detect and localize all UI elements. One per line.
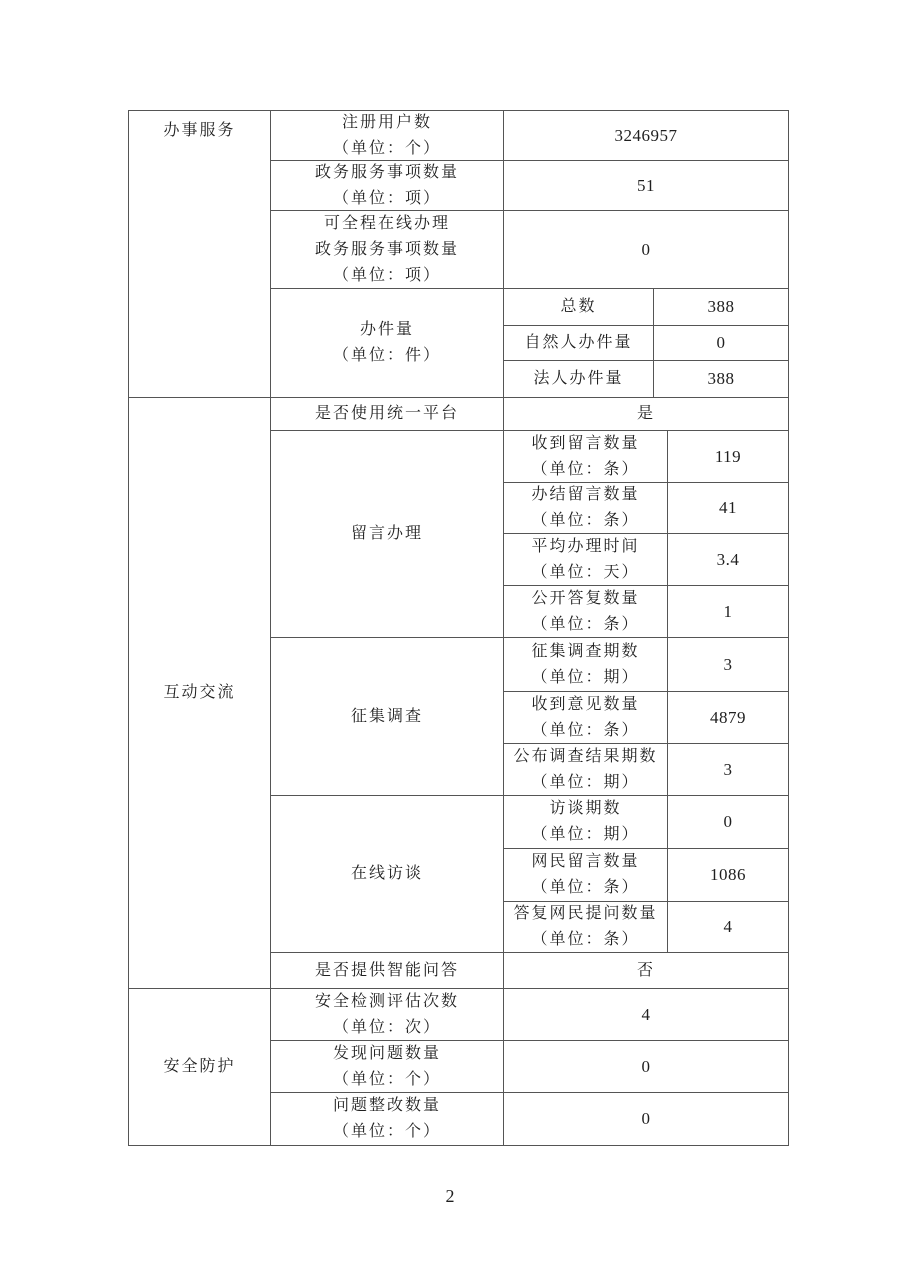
subrow-value-messages-received: 119 — [668, 431, 789, 483]
page-number: 2 — [0, 1186, 900, 1207]
row-value-online-full-items: 0 — [504, 211, 789, 289]
subrow-label-messages-resolved: 办结留言数量 （单位：条） — [504, 483, 668, 534]
report-table: 办事服务 互动交流 安全防护 注册用户数 （单位：个） 政务服务事项数量 （单位… — [128, 110, 789, 1146]
subrow-label-avg-handling-time: 平均办理时间 （单位：天） — [504, 534, 668, 586]
subrow-label-opinions-received: 收到意见数量 （单位：条） — [504, 692, 668, 744]
subrow-value-cases-legal-person: 388 — [654, 361, 789, 398]
row-value-smart-qa: 否 — [504, 953, 789, 989]
subrow-value-cases-natural-person: 0 — [654, 326, 789, 361]
subrow-value-cases-total: 388 — [654, 289, 789, 326]
subrow-label-public-replies: 公开答复数量 （单位：条） — [504, 586, 668, 638]
subrow-value-netizen-messages: 1086 — [668, 849, 789, 902]
row-label-surveys: 征集调查 — [271, 638, 504, 796]
subrow-label-cases-total: 总数 — [504, 289, 654, 326]
row-label-unified-platform: 是否使用统一平台 — [271, 398, 504, 431]
subrow-label-cases-legal-person: 法人办件量 — [504, 361, 654, 398]
row-value-problems-found: 0 — [504, 1041, 789, 1093]
subrow-value-survey-periods: 3 — [668, 638, 789, 692]
row-label-online-interviews: 在线访谈 — [271, 796, 504, 953]
subrow-label-messages-received: 收到留言数量 （单位：条） — [504, 431, 668, 483]
row-value-problems-fixed: 0 — [504, 1093, 789, 1146]
row-label-security-checks: 安全检测评估次数 （单位：次） — [271, 989, 504, 1041]
row-value-security-checks: 4 — [504, 989, 789, 1041]
subrow-value-netizen-questions-answered: 4 — [668, 902, 789, 953]
subrow-label-results-published: 公布调查结果期数 （单位：期） — [504, 744, 668, 796]
subrow-label-netizen-questions-answered: 答复网民提问数量 （单位：条） — [504, 902, 668, 953]
subrow-label-survey-periods: 征集调查期数 （单位：期） — [504, 638, 668, 692]
row-label-cases: 办件量 （单位：件） — [271, 289, 504, 398]
subrow-value-interview-periods: 0 — [668, 796, 789, 849]
row-label-service-items: 政务服务事项数量 （单位：项） — [271, 161, 504, 211]
section-label-security: 安全防护 — [129, 989, 271, 1146]
subrow-value-public-replies: 1 — [668, 586, 789, 638]
subrow-label-interview-periods: 访谈期数 （单位：期） — [504, 796, 668, 849]
subrow-value-avg-handling-time: 3.4 — [668, 534, 789, 586]
row-value-registered-users: 3246957 — [504, 111, 789, 161]
subrow-label-netizen-messages: 网民留言数量 （单位：条） — [504, 849, 668, 902]
row-value-service-items: 51 — [504, 161, 789, 211]
row-label-online-full-items: 可全程在线办理 政务服务事项数量 （单位：项） — [271, 211, 504, 289]
section-label-interaction: 互动交流 — [129, 398, 271, 989]
subrow-value-results-published: 3 — [668, 744, 789, 796]
row-label-message-handling: 留言办理 — [271, 431, 504, 638]
row-label-smart-qa: 是否提供智能问答 — [271, 953, 504, 989]
row-label-problems-found: 发现问题数量 （单位：个） — [271, 1041, 504, 1093]
subrow-value-opinions-received: 4879 — [668, 692, 789, 744]
subrow-label-cases-natural-person: 自然人办件量 — [504, 326, 654, 361]
document-page: 办事服务 互动交流 安全防护 注册用户数 （单位：个） 政务服务事项数量 （单位… — [0, 0, 900, 1272]
row-label-registered-users: 注册用户数 （单位：个） — [271, 111, 504, 161]
section-label-service: 办事服务 — [129, 111, 271, 398]
row-value-unified-platform: 是 — [504, 398, 789, 431]
subrow-value-messages-resolved: 41 — [668, 483, 789, 534]
row-label-problems-fixed: 问题整改数量 （单位：个） — [271, 1093, 504, 1146]
